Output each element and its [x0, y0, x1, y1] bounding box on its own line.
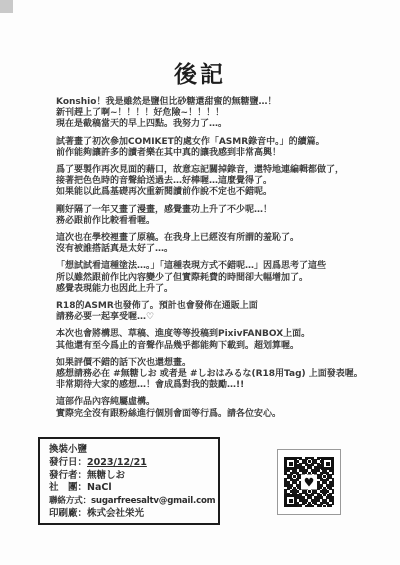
colophon-value: 株式会社栄光 [87, 508, 144, 519]
afterword-line: 爲了要製作再次見面的藉口，故意忘記關掉錄音，還特地連編輯都做了， [56, 165, 360, 176]
colophon-label: 發行日： [49, 457, 87, 468]
afterword-line: 這部作品內容純屬虛構。 [56, 397, 360, 408]
afterword-line: 請務必要一起享受喔…♡ [56, 312, 360, 323]
afterword-paragraph: 這部作品內容純屬虛構。 實際完全沒有跟粉絲進行個別會面等行爲。請各位安心。 [56, 397, 360, 419]
afterword-line: 前作能夠讓許多的讀者樂在其中真的讓我感到非常高興！ [56, 148, 360, 159]
colophon-row: 聯絡方式：sugarfreesaltv@gmail.com [49, 495, 213, 508]
afterword-line: 「想試試看這種塗法…。」「這種表現方式不錯呢…」因爲思考了這些 [56, 261, 360, 272]
afterword-line: 所以雖然跟前作比內容變少了但實際耗費的時間卻大幅增加了。 [56, 273, 360, 284]
afterword-line: 非常期待大家的感想…！會成爲對我的鼓勵…!! [56, 380, 360, 391]
heart-icon: ♥ [301, 475, 317, 490]
afterword-page: 後記 Konshio！我是雖然是鹽但比砂糖還甜蜜的無糖鹽…！ 新刊趕上了啊~！！… [0, 0, 400, 565]
afterword-line: 剛好隔了一年又畫了漫畫，感覺畫功上升了不少呢…！ [56, 205, 360, 216]
afterword-line: 感覺表現能力也因此上升了。 [56, 284, 360, 295]
afterword-paragraph: 「想試試看這種塗法…。」「這種表現方式不錯呢…」因爲思考了這些 所以雖然跟前作比… [56, 261, 360, 295]
afterword-line: 感想請務必在 #無糖しお 或者是 #しおはみるな(R18用Tag) 上面發表喔。 [56, 369, 360, 380]
afterword-line: 新刊趕上了啊~！！！！好危險~！！！！ [56, 108, 360, 119]
afterword-line: 其他還有至今爲止的音聲作品幾乎都能夠下載到。超划算喔。 [56, 341, 360, 352]
colophon-label: 印刷廠： [49, 508, 87, 519]
afterword-line: 沒有被誰搭話真是太好了…。 [56, 244, 360, 255]
colophon-value: sugarfreesaltv@gmail.com [91, 496, 215, 506]
colophon-label: 社 團： [49, 482, 87, 493]
colophon-row: 發行者：無糖しお [49, 470, 213, 483]
afterword-line: 接著把色色時的音聲給送過去…好棒喔…這麼覺得了。 [56, 176, 360, 187]
colophon-label: 聯絡方式： [49, 496, 91, 506]
qr-finder-top-right-icon [321, 457, 334, 470]
afterword-paragraph: 這次也在學校裡畫了原稿。在我身上已經沒有所謂的羞恥了。 沒有被誰搭話真是太好了…… [56, 233, 360, 255]
afterword-line: 這次也在學校裡畫了原稿。在我身上已經沒有所謂的羞恥了。 [56, 233, 360, 244]
afterword-paragraph: R18的ASMR也發佈了。預計也會發佈在通販上面 請務必要一起享受喔…♡ [56, 301, 360, 323]
scan-corner-artifact [0, 0, 13, 13]
colophon-value: 無糖しお [87, 470, 125, 481]
colophon-box: 換裝小鹽 發行日：2023/12/21 發行者：無糖しお 社 團：NaCl 聯絡… [38, 437, 220, 525]
afterword-paragraph: 剛好隔了一年又畫了漫畫，感覺畫功上升了不少呢…！ 務必跟前作比較看看喔。 [56, 205, 360, 227]
afterword-line: 試著畫了初次參加COMIKET的處女作「ASMR錄音中。」的續篇。 [56, 137, 360, 148]
afterword-paragraph: 如果評價不錯的話下次也還想畫。 感想請務必在 #無糖しお 或者是 #しおはみるな… [56, 358, 360, 392]
colophon-row: 印刷廠：株式会社栄光 [49, 508, 213, 521]
afterword-line: 現在是截稿當天的早上四點。我努力了…。 [56, 119, 360, 130]
afterword-line: 本次也會將構思、草稿、進度等等投稿到PixivFANBOX上面。 [56, 329, 360, 340]
afterword-paragraph: Konshio！我是雖然是鹽但比砂糖還甜蜜的無糖鹽…！ 新刊趕上了啊~！！！！好… [56, 97, 360, 131]
afterword-line: 實際完全沒有跟粉絲進行個別會面等行爲。請各位安心。 [56, 409, 360, 420]
colophon-value: 2023/12/21 [87, 457, 147, 468]
afterword-line: 務必跟前作比較看看喔。 [56, 216, 360, 227]
afterword-line: R18的ASMR也發佈了。預計也會發佈在通販上面 [56, 301, 360, 312]
colophon-row: 社 團：NaCl [49, 482, 213, 495]
afterword-line: 如果能以此爲基礎再次重新閱讀前作說不定也不錯呢。 [56, 187, 360, 198]
colophon-label: 發行者： [49, 470, 87, 481]
qr-finder-bottom-left-icon [284, 494, 297, 507]
afterword-paragraph: 本次也會將構思、草稿、進度等等投稿到PixivFANBOX上面。 其他還有至今爲… [56, 329, 360, 351]
afterword-paragraph: 爲了要製作再次見面的藉口，故意忘記關掉錄音，還特地連編輯都做了， 接著把色色時的… [56, 165, 360, 199]
afterword-line: Konshio！我是雖然是鹽但比砂糖還甜蜜的無糖鹽…！ [56, 97, 360, 108]
afterword-body: Konshio！我是雖然是鹽但比砂糖還甜蜜的無糖鹽…！ 新刊趕上了啊~！！！！好… [56, 97, 360, 426]
qr-code-icon: ♥ [284, 457, 334, 507]
qr-finder-top-left-icon [284, 457, 297, 470]
afterword-paragraph: 試著畫了初次參加COMIKET的處女作「ASMR錄音中。」的續篇。 前作能夠讓許… [56, 137, 360, 159]
colophon-title: 換裝小鹽 [49, 444, 213, 457]
page-title: 後記 [0, 56, 400, 89]
colophon-row: 發行日：2023/12/21 [49, 457, 213, 470]
afterword-line: 如果評價不錯的話下次也還想畫。 [56, 358, 360, 369]
colophon-value: NaCl [87, 482, 112, 493]
qr-code-frame: ♥ [277, 449, 341, 515]
